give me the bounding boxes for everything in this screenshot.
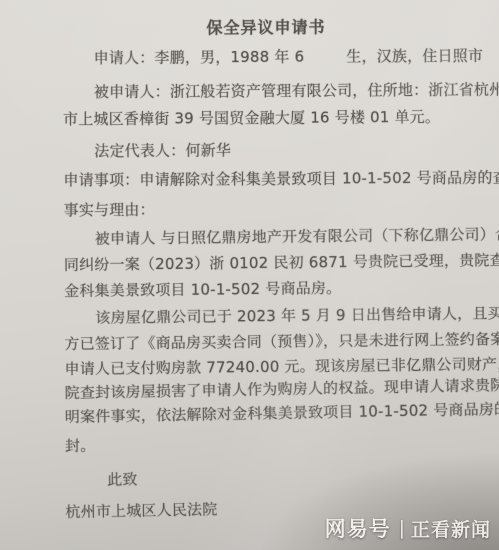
respondent-line: 被申请人：浙江般若资产管理有限公司，住所地：浙江省杭州 [94, 82, 484, 101]
facts-para2-line3: 申请人已支付购房款 77240.00 元。现该房屋已非亿鼎公司财产，法 [64, 356, 485, 378]
facts-heading: 事实与理由： [64, 200, 485, 220]
facts-para2-line1: 该房屋亿鼎公司已于 2023 年 5 月 9 日出售给申请人，且买卖双 [95, 306, 485, 327]
request-line: 申请事项：申请解除对金科集美景致项目 10-1-502 号商品房的查封。 [63, 170, 484, 190]
facts-para2-line4: 院查封该房屋损害了申请人作为购房人的权益。现申请人请求贵院查 [65, 377, 486, 402]
facts-para2-line5: 明案件事实，依法解除对金科集美景致项目 10-1-502 号商品房的查 [65, 401, 486, 426]
applicant-info-left: 申请人：李鹏，男，1988 年 6 [94, 48, 305, 67]
facts-para2-line2: 方已签订了《商品房买卖合同（预售）》，只是未进行网上签约备案。 [64, 331, 485, 353]
facts-para1-line2: 同纠纷一案（2023）浙 0102 民初 6871 号贵院已受理，贵院查封了 [64, 252, 485, 274]
facts-para2-line6: 封。 [65, 430, 486, 455]
facts-para1-line3: 金科集美景致项目 10-1-502 号商品房。 [64, 278, 485, 300]
closing-salute-line: 此致 [107, 465, 486, 489]
watermark-divider: | [399, 517, 405, 539]
legal-representative-line: 法定代表人：何新华 [94, 141, 484, 160]
watermark-channel: 正看新闻 [411, 515, 491, 542]
respondent-address-line: 市上城区香樟街 39 号国贸金融大厦 16 号楼 01 单元。 [63, 109, 484, 129]
legal-document-page: 保全异议申请书 申请人：李鹏，男，1988 年 6生，汉族，住日照市 被申请人：… [0, 0, 499, 550]
document-photo: 保全异议申请书 申请人：李鹏，男，1988 年 6生，汉族，住日照市 被申请人：… [0, 0, 499, 550]
applicant-line: 申请人：李鹏，男，1988 年 6生，汉族，住日照市 [94, 48, 484, 67]
facts-para1-line1: 被申请人 与日照亿鼎房地产开发有限公司（下称亿鼎公司）合 [95, 227, 485, 248]
document-title: 保全异议申请书 [16, 17, 499, 37]
watermark: 网易号 | 正看新闻 [325, 513, 491, 543]
applicant-info-right: 生，汉族，住日照市 [346, 47, 483, 66]
netease-hao-logo: 网易号 [325, 513, 391, 543]
